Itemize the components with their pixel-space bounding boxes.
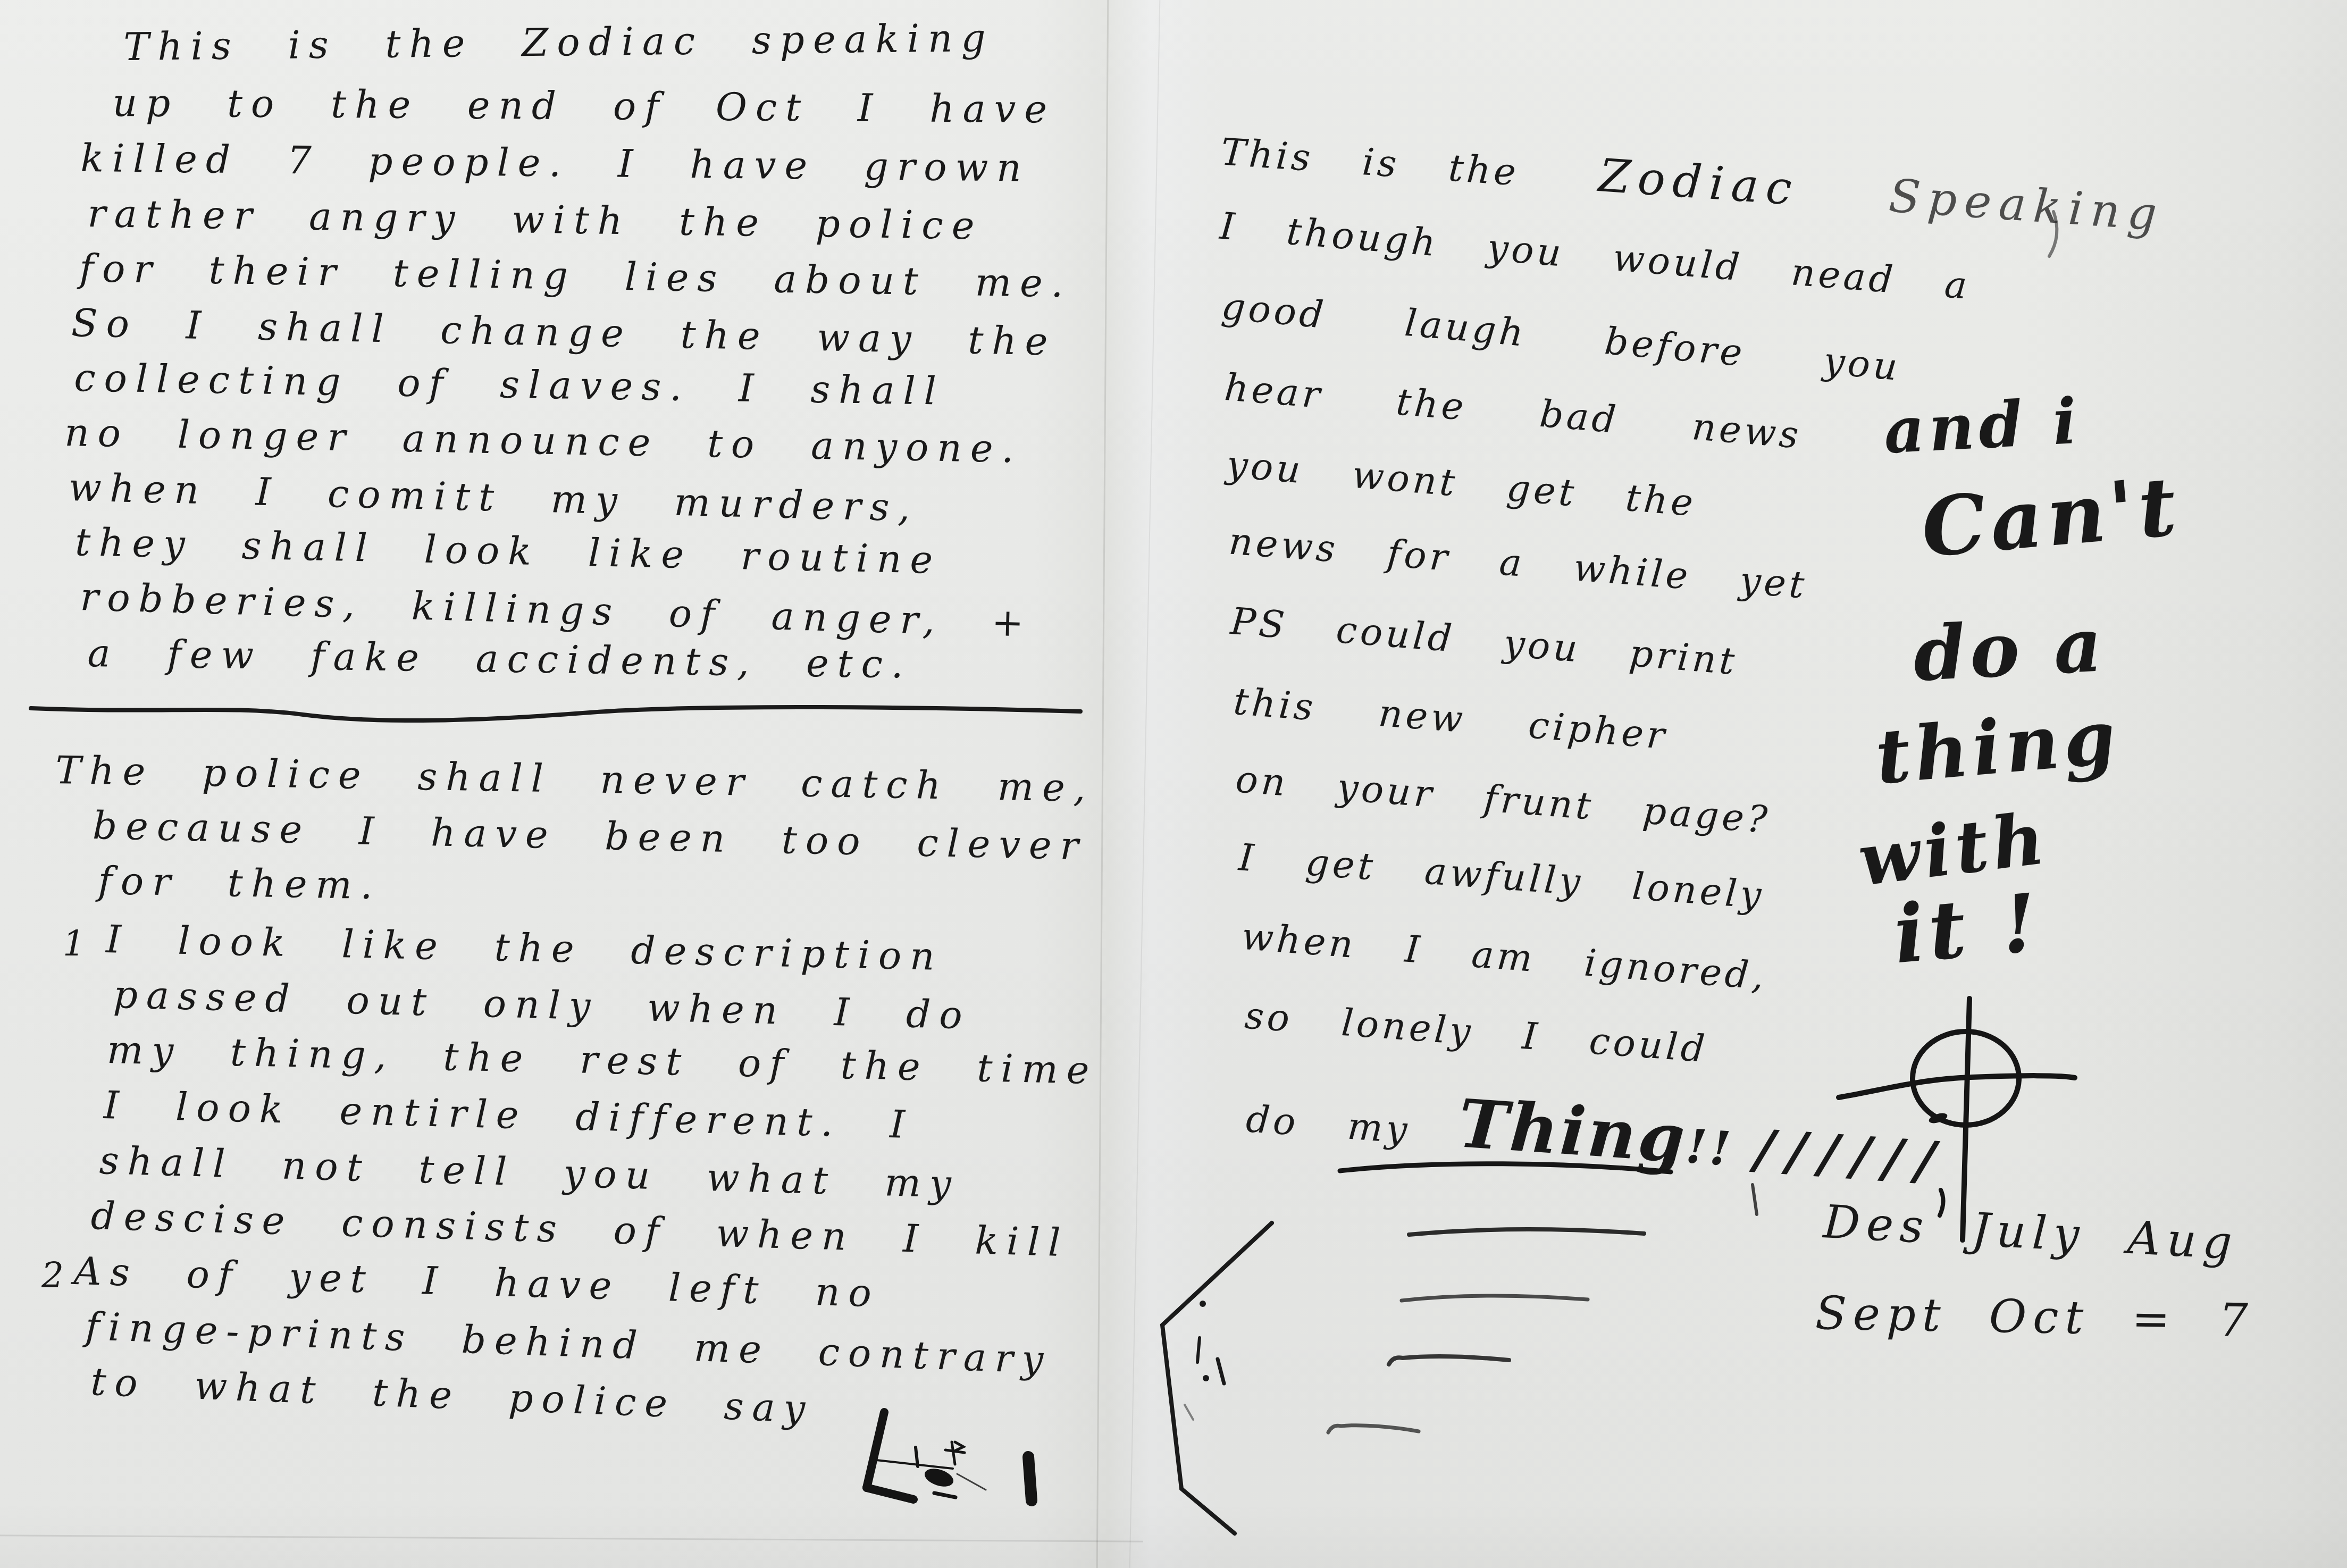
line1-part2: Zodiac (1597, 149, 1801, 216)
handwriting-line: I though you would nead a (1219, 207, 1972, 305)
letter-scan: This is the Zodiac speaking up to the en… (0, 0, 2347, 1568)
handwriting-line: descise consists of when I kill (90, 1196, 1069, 1262)
handwriting-line: for them. (98, 861, 382, 904)
handwriting-line: I look like the description (105, 920, 943, 976)
handwriting-line: when I comitt my murders, (68, 468, 919, 527)
handwriting-line: I get awfully lonely (1237, 838, 1765, 914)
margin-scrawl-line: do a (1912, 608, 2108, 692)
handwriting-line: this new cipher (1232, 683, 1669, 754)
list-number: 2 (41, 1258, 72, 1293)
word-gap (1798, 205, 1888, 211)
handwriting-line: good laugh before you (1220, 287, 1902, 386)
handwriting-line: shall not tell you what my (99, 1141, 960, 1203)
thing-prefix: do my (1245, 1097, 1412, 1152)
handwriting-line: I look entirle different. I (103, 1086, 913, 1144)
right-page: This is theZodiacSpeaking I though you w… (1086, 85, 2345, 1335)
thing-slashes: ////// (1753, 1117, 1949, 1193)
margin-scrawl-line: Can't (1918, 466, 2183, 569)
handwriting-line: you wont get the (1225, 446, 1698, 522)
handwriting-line: a few fake accidents, etc. (87, 634, 912, 684)
month-tally-line: Sept Oct = 7 (1815, 1287, 2254, 1347)
handwriting-line: killed 7 people. I have grown (80, 139, 1030, 187)
handwriting-line: because I have been too clever (92, 806, 1087, 865)
line1-part1: This is the (1220, 130, 1521, 194)
handwriting-line: So I shall change the way the (71, 304, 1057, 361)
list-number: 1 (63, 926, 94, 961)
thing-exclaim: !! (1684, 1118, 1735, 1177)
margin-scrawl-line: thing (1873, 700, 2123, 795)
handwriting-line: rather angry with the police (87, 194, 983, 245)
handwriting-line: to what the police say (90, 1362, 814, 1428)
handwriting-line: do myThing!!////// (1245, 1076, 1950, 1191)
handwriting-line: news for a while yet (1228, 522, 1809, 603)
handwriting-line: collecting of slaves. I shall (74, 358, 945, 410)
handwriting-line: they shall look like routine (74, 523, 941, 579)
margin-scrawl-line: it ! (1891, 883, 2044, 975)
handwriting-line: This is the Zodiac speaking (123, 19, 994, 66)
thing-word: Thing (1456, 1085, 1689, 1178)
handwriting-line: The police shall never catch me, (55, 751, 1094, 807)
handwriting-line: so lonely I could (1244, 997, 1709, 1068)
word-gap (1518, 185, 1598, 190)
word-gap (1409, 1143, 1457, 1146)
handwriting-line: hear the bad news (1223, 368, 1803, 454)
handwriting-line: when I am ignored, (1240, 918, 1768, 995)
handwriting-line: PS could you print (1229, 602, 1739, 680)
line1-part3: Speaking (1887, 169, 2166, 241)
word-gap (1732, 1165, 1754, 1167)
handwriting-line: As of yet I have left no (73, 1252, 881, 1312)
handwriting-line: on your frunt page? (1234, 760, 1772, 838)
handwriting-line: for their telling lies about me. (79, 249, 1072, 303)
handwriting-line: up to the end of Oct I have (112, 83, 1055, 128)
handwriting-line: passed out only when I do (113, 975, 971, 1034)
handwriting-line: my thing, the rest of the time (106, 1030, 1098, 1089)
margin-scrawl-line: and i (1882, 390, 2082, 463)
handwriting-line: no longer announce to anyone. (64, 413, 1022, 468)
